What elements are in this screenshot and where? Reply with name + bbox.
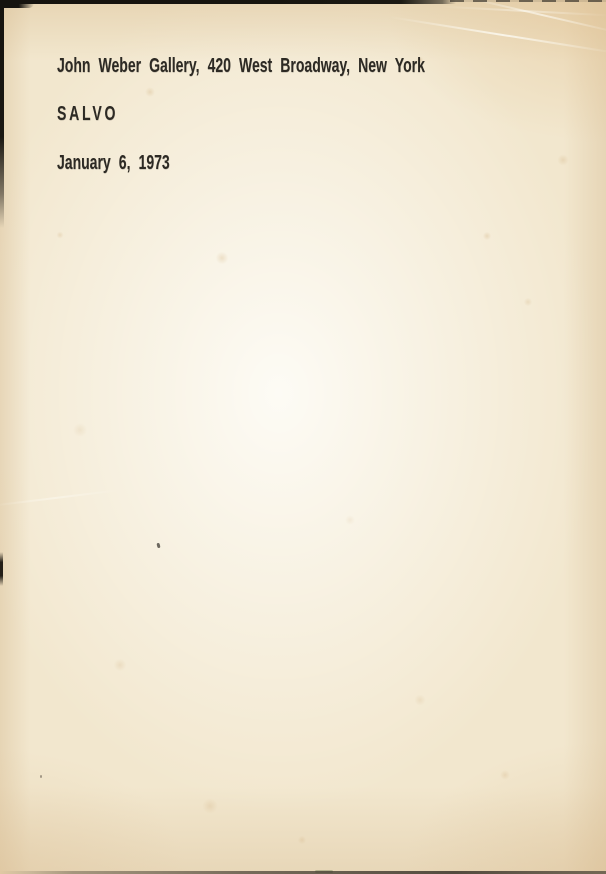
gallery-address-line: John Weber Gallery, 420 West Broadway, N… bbox=[57, 56, 425, 76]
paper-speck bbox=[40, 775, 42, 778]
scan-edge-left bbox=[0, 0, 4, 228]
scanned-exhibition-announcement: John Weber Gallery, 420 West Broadway, N… bbox=[0, 0, 606, 874]
scan-edge-top-right bbox=[450, 0, 606, 2]
scan-corner-top-left bbox=[0, 0, 34, 8]
scan-edge-top bbox=[0, 0, 456, 4]
paper-background bbox=[0, 0, 606, 874]
artist-name: SALVO bbox=[57, 104, 118, 124]
exhibition-date: January 6, 1973 bbox=[57, 153, 170, 173]
scan-edge-left-dash bbox=[0, 552, 3, 586]
